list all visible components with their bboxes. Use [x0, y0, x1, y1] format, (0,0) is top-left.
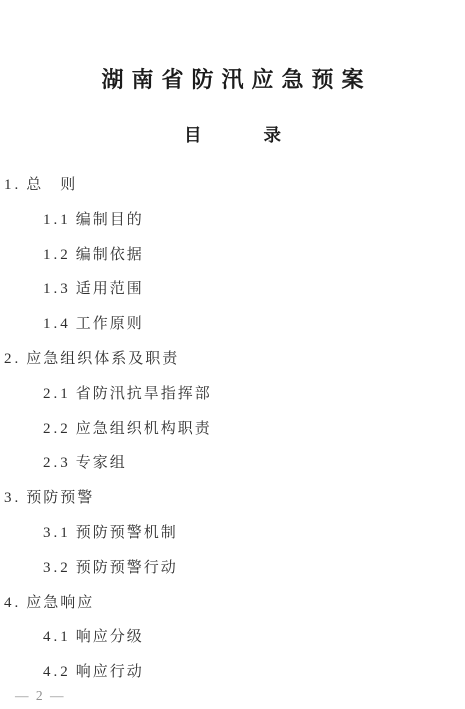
- toc-item-number: 3.1: [43, 525, 71, 541]
- toc-item: 3. 预防预警: [0, 490, 465, 525]
- toc-item: 4.2 响应行动: [0, 664, 465, 699]
- toc-item: 3.2 预防预警行动: [0, 560, 465, 595]
- toc-item-number: 1.2: [43, 247, 71, 263]
- page-title: 湖南省防汛应急预案: [0, 67, 465, 92]
- toc-item-label: 预防预警: [26, 490, 94, 506]
- toc-item-number: 3.: [4, 490, 21, 506]
- toc-item-label: 编制目的: [76, 212, 144, 228]
- toc-item: 2.3 专家组: [0, 455, 465, 490]
- toc-item-label: 响应行动: [76, 664, 144, 680]
- toc-item-number: 4.2: [43, 664, 71, 680]
- toc-item-number: 1.3: [43, 281, 71, 297]
- toc-item-number: 4.: [4, 595, 21, 611]
- toc-item-number: 3.2: [43, 560, 71, 576]
- toc-item: 2.2 应急组织机构职责: [0, 421, 465, 456]
- toc-heading: 目 录: [0, 126, 465, 145]
- toc-item-label: 应急组织机构职责: [76, 421, 212, 437]
- toc-item-label: 预防预警行动: [76, 560, 178, 576]
- table-of-contents: 1. 总 则 1.1 编制目的 1.2 编制依据 1.3 适用范围 1.4 工作…: [0, 177, 465, 699]
- toc-item: 3.1 预防预警机制: [0, 525, 465, 560]
- toc-item-label: 适用范围: [76, 281, 144, 297]
- toc-item-number: 2.3: [43, 455, 71, 471]
- toc-item-number: 1.: [4, 177, 21, 193]
- toc-item-label: 应急响应: [26, 595, 94, 611]
- toc-item: 4.1 响应分级: [0, 629, 465, 664]
- toc-item: 1.4 工作原则: [0, 316, 465, 351]
- toc-item: 1.2 编制依据: [0, 247, 465, 282]
- toc-item: 2. 应急组织体系及职责: [0, 351, 465, 386]
- toc-item-label: 预防预警机制: [76, 525, 178, 541]
- toc-item-label: 专家组: [76, 455, 127, 471]
- toc-item: 2.1 省防汛抗旱指挥部: [0, 386, 465, 421]
- page-number-footer: — 2 —: [15, 689, 66, 703]
- toc-item-label: 总 则: [26, 177, 77, 193]
- toc-item: 1.1 编制目的: [0, 212, 465, 247]
- toc-item: 4. 应急响应: [0, 595, 465, 630]
- toc-item-number: 1.4: [43, 316, 71, 332]
- toc-item-number: 2.1: [43, 386, 71, 402]
- toc-item-number: 2.2: [43, 421, 71, 437]
- toc-item-number: 2.: [4, 351, 21, 367]
- toc-item-label: 应急组织体系及职责: [26, 351, 179, 367]
- toc-item: 1. 总 则: [0, 177, 465, 212]
- toc-item-label: 工作原则: [76, 316, 144, 332]
- toc-item-label: 编制依据: [76, 247, 144, 263]
- toc-item: 1.3 适用范围: [0, 281, 465, 316]
- document-page: 湖南省防汛应急预案 目 录 1. 总 则 1.1 编制目的 1.2 编制依据 1…: [0, 0, 465, 709]
- toc-item-number: 1.1: [43, 212, 71, 228]
- toc-item-label: 省防汛抗旱指挥部: [76, 386, 212, 402]
- toc-item-label: 响应分级: [76, 629, 144, 645]
- toc-item-number: 4.1: [43, 629, 71, 645]
